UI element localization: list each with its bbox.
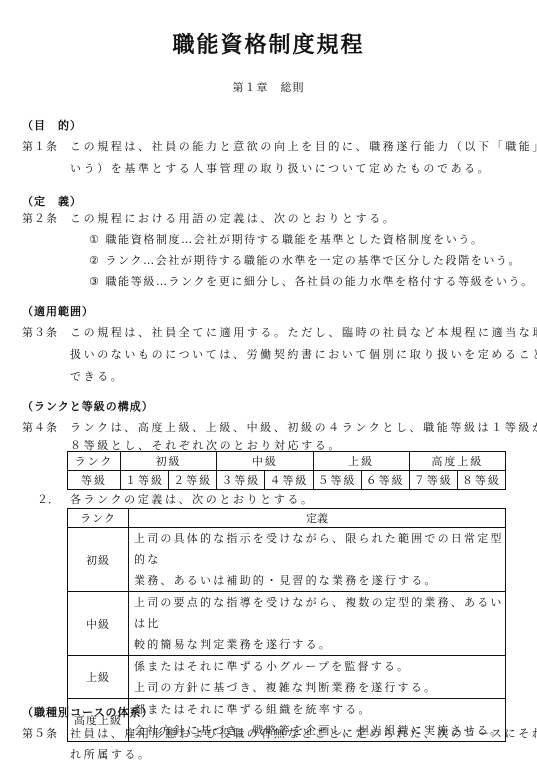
article-2-item-1: ① 職能資格制度…会社が期待する職能を基準とした資格制度をいう。 (89, 231, 484, 247)
definition-row-jokyu: 上級 係またはそれに準ずる小グループを監督する。 上司の方針に基づき、複雑な判断… (68, 656, 506, 699)
article-4-heading: （ランクと等級の構成） (22, 398, 154, 414)
article-4-line-1: ランクは、高度上級、上級、中級、初級の４ランクとし、職能等級は１等級から (70, 419, 537, 435)
grade-cell: ６等級 (361, 471, 409, 490)
article-2-line-1: この規程における用語の定義は、次のとおりとする。 (70, 210, 396, 226)
definition-row-shokyu: 初級 上司の具体的な指示を受けながら、限られた範囲での日常定型的な 業務、あるい… (68, 528, 506, 592)
definition-line: 上司の要点的な指導を受けながら、複数の定型的業務、あるいは比 (134, 592, 505, 634)
definition-line: 部またはそれに準ずる組織を統率する。 (134, 699, 505, 720)
article-5-line-1: 社員は、雇用形態および役職の有無などごとに定められた、次のコースにそれぞ (70, 725, 537, 741)
grade-cell: １等級 (121, 471, 169, 490)
document-title: 職能資格制度規程 (0, 28, 537, 59)
rank-definition: 上司の具体的な指示を受けながら、限られた範囲での日常定型的な 業務、あるいは補助… (129, 528, 506, 592)
rank-grade-table: ランク 初級 中級 上級 高度上級 等級 １等級 ２等級 ３等級 ４等級 ５等級… (67, 451, 506, 490)
grade-row: 等級 １等級 ２等級 ３等級 ４等級 ５等級 ６等級 ７等級 ８等級 (68, 471, 506, 490)
article-2-item-2: ② ランク…会社が期待する職能の水準を一定の基準で区分した段階をいう。 (89, 252, 521, 268)
rank-label: 中級 (68, 592, 129, 656)
grade-cell: ８等級 (457, 471, 505, 490)
definition-line: 業務、あるいは補助的・見習的な業務を遂行する。 (134, 570, 505, 591)
grade-cell: ７等級 (409, 471, 457, 490)
grade-cell: ４等級 (265, 471, 313, 490)
grade-row-label: 等級 (68, 471, 121, 490)
rank-cell: 初級 (121, 452, 217, 471)
grade-cell: ２等級 (169, 471, 217, 490)
rank-cell: 上級 (313, 452, 409, 471)
article-3-number: 第３条 (22, 324, 58, 340)
article-3-line-1: この規程は、社員全てに適用する。ただし、臨時の社員など本規程に適当な取り (70, 324, 537, 340)
rank-definition: 上司の要点的な指導を受けながら、複数の定型的業務、あるいは比 較的簡易な判定業務… (129, 592, 506, 656)
article-2-number: 第２条 (22, 210, 58, 226)
article-4-paragraph-2-number: ２． (37, 491, 59, 507)
rank-row-label: ランク (68, 452, 121, 471)
definition-table-header: ランク 定義 (68, 509, 506, 528)
article-3-line-3: できる。 (70, 368, 124, 384)
article-3-line-2: 扱いのないものについては、労働契約書において個別に取り扱いを定めることが (70, 346, 537, 362)
article-2-item-3: ③ 職能等級…ランクを更に細分し、各社員の能力水準を格付する等級をいう。 (89, 273, 534, 289)
rank-definition: 係またはそれに準ずる小グループを監督する。 上司の方針に基づき、複雑な判断業務を… (129, 656, 506, 699)
article-1-heading: （目 的） (22, 117, 82, 133)
rank-label: 初級 (68, 528, 129, 592)
rank-cell: 高度上級 (409, 452, 505, 471)
definition-line: 上司の具体的な指示を受けながら、限られた範囲での日常定型的な (134, 528, 505, 570)
grade-cell: ３等級 (217, 471, 265, 490)
rank-row: ランク 初級 中級 上級 高度上級 (68, 452, 506, 471)
definition-line: 係またはそれに準ずる小グループを監督する。 (134, 656, 505, 677)
article-1-line-2: いう）を基準とする人事管理の取り扱いについて定めたものである。 (70, 160, 491, 176)
rank-label: 上級 (68, 656, 129, 699)
article-5-heading: （職種別コースの体系） (22, 704, 153, 720)
header-rank: ランク (68, 509, 129, 528)
chapter-heading: 第１章 総則 (0, 79, 537, 95)
definition-line: 較的簡易な判定業務を遂行する。 (134, 634, 505, 655)
article-1-number: 第１条 (22, 138, 58, 154)
article-5-number: 第５条 (22, 725, 58, 741)
rank-cell: 中級 (217, 452, 313, 471)
article-5-line-2: れ所属する。 (70, 746, 152, 762)
article-3-heading: （適用範囲） (22, 303, 94, 319)
article-2-heading: （定 義） (22, 193, 82, 209)
header-definition: 定義 (129, 509, 506, 528)
definition-line: 上司の方針に基づき、複雑な判断業務を遂行する。 (134, 677, 505, 698)
article-1-line-1: この規程は、社員の能力と意欲の向上を目的に、職務遂行能力（以下「職能」と (70, 138, 537, 154)
definition-row-chukyu: 中級 上司の要点的な指導を受けながら、複数の定型的業務、あるいは比 較的簡易な判… (68, 592, 506, 656)
grade-cell: ５等級 (313, 471, 361, 490)
article-4-number: 第４条 (22, 419, 58, 435)
article-4-paragraph-2-text: 各ランクの定義は、次のとおりとする。 (70, 491, 315, 507)
